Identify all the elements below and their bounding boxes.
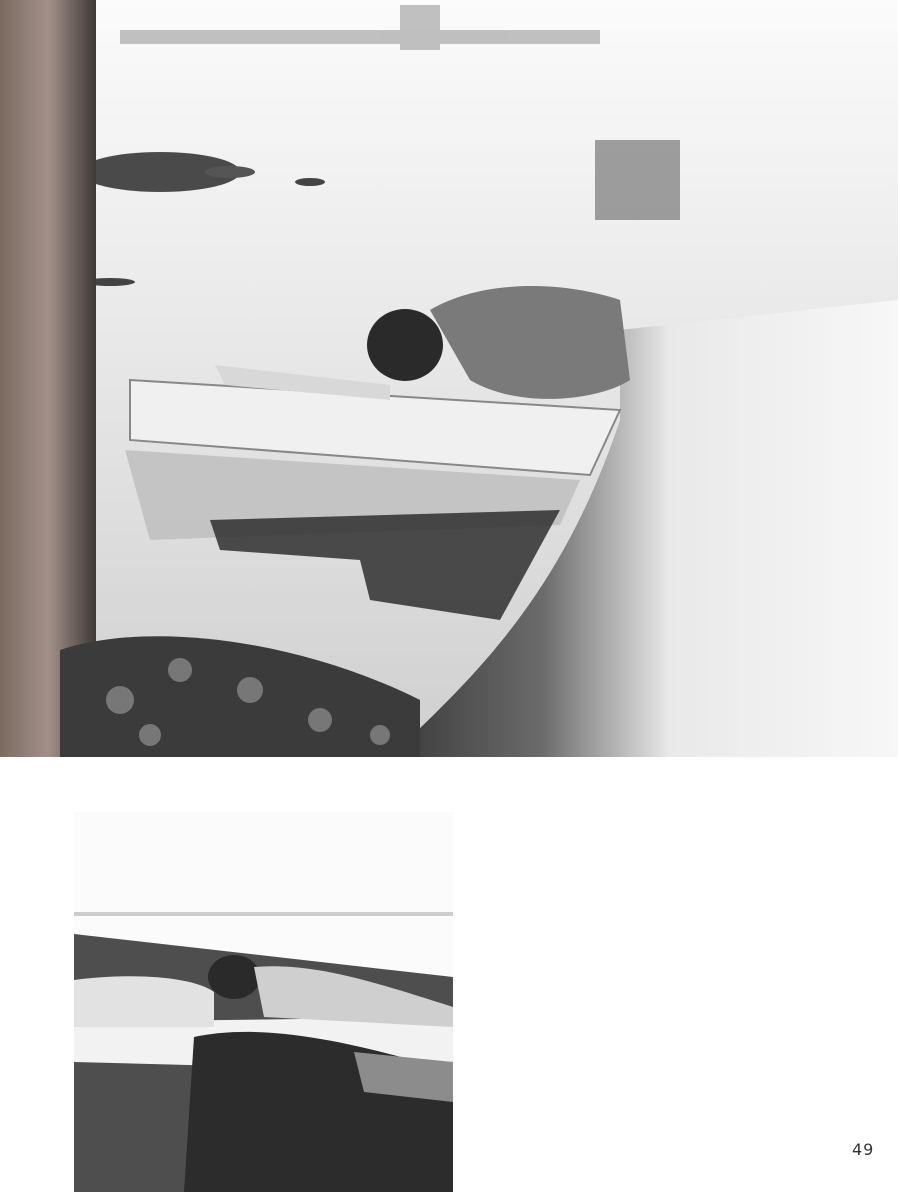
photo-top-illustration: [0, 0, 898, 757]
page-number: 49: [852, 1140, 874, 1159]
photo-bottom-boat-figures: [74, 812, 453, 1192]
photo-top-swamp-boat: [0, 0, 898, 757]
photo-bottom-illustration: [74, 812, 453, 1192]
